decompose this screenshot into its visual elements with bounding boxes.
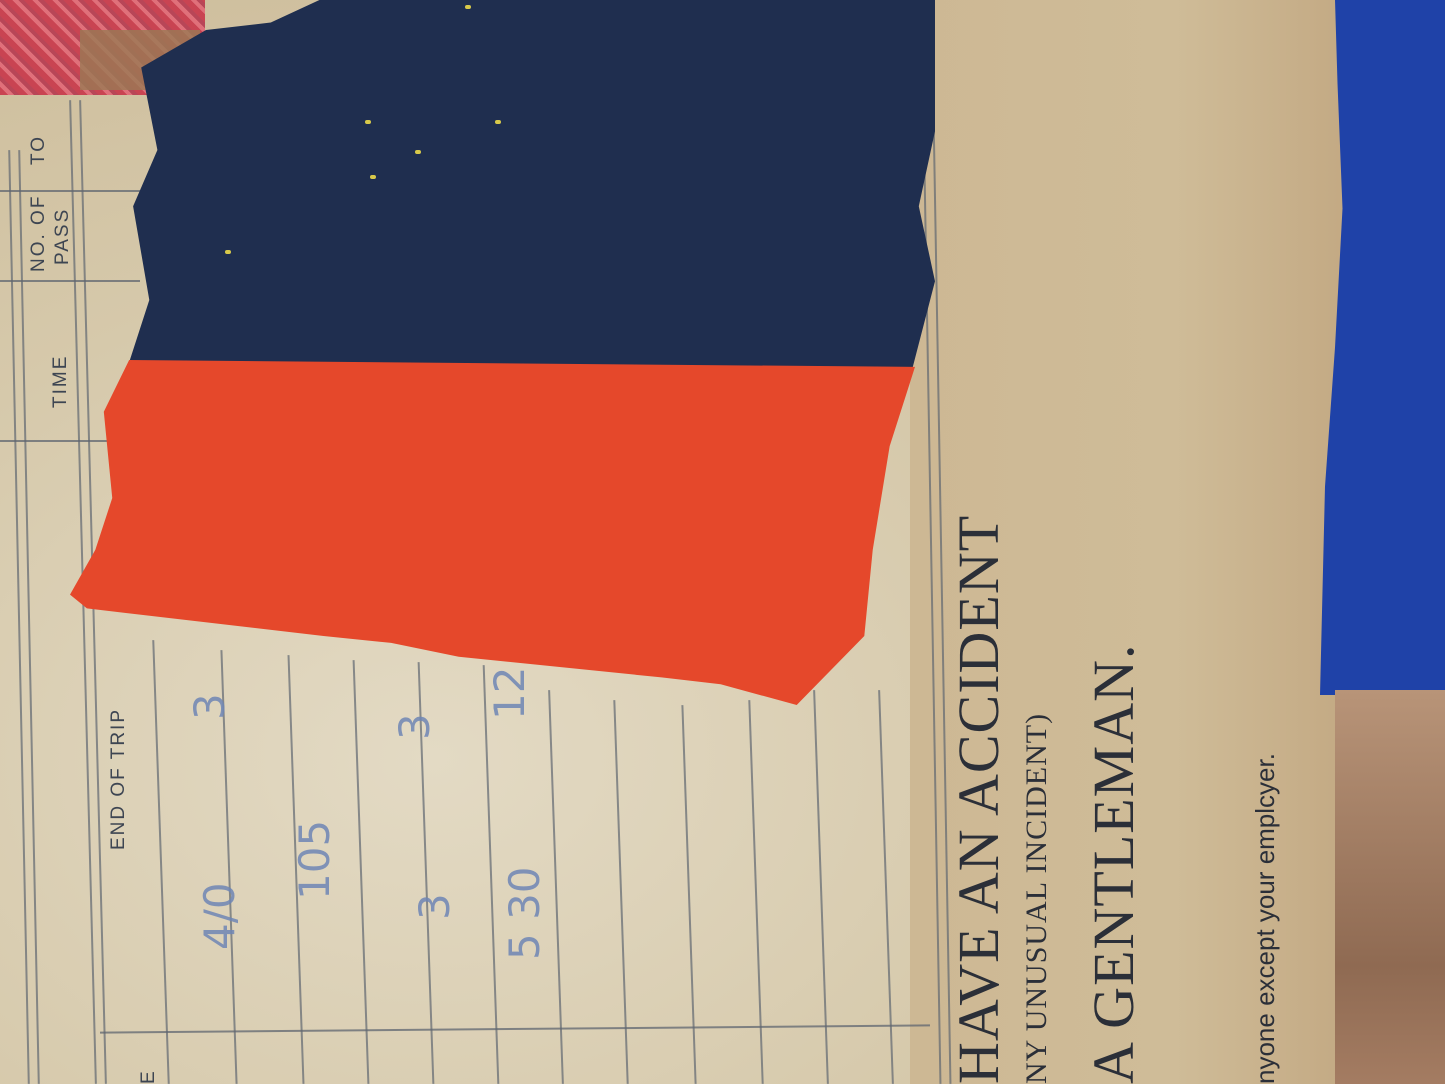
- handwritten-entry: 105: [290, 820, 339, 900]
- handwritten-entry: 4/0: [195, 882, 244, 950]
- handwritten-entry: 3: [185, 693, 234, 720]
- yellow-paint-speck: [225, 250, 231, 254]
- torn-brown-paper: [1335, 690, 1445, 1084]
- header-pass: PASS: [52, 208, 74, 265]
- handwritten-entry: 3: [390, 713, 439, 740]
- handwritten-entry: 5 30: [500, 866, 549, 960]
- notice-line-incident: NY UNUSUAL INCIDENT): [1020, 713, 1054, 1084]
- yellow-paint-speck: [370, 175, 376, 179]
- form-header-divider: [0, 280, 140, 282]
- yellow-paint-speck: [415, 150, 421, 154]
- handwritten-entry: 3: [410, 893, 459, 920]
- header-no-of: NO. OF: [28, 195, 50, 272]
- torn-blue-paper: [1320, 0, 1445, 695]
- yellow-paint-speck: [365, 120, 371, 124]
- notice-line-employer: nyone except your emplcyer.: [1250, 753, 1281, 1084]
- yellow-paint-speck: [495, 120, 501, 124]
- header-date-fragment: E: [138, 1069, 160, 1084]
- handwritten-entry: 12: [485, 667, 534, 720]
- yellow-paint-speck: [465, 5, 471, 9]
- form-header-divider: [0, 190, 140, 192]
- notice-line-gentleman: A GENTLEMAN.: [1080, 643, 1147, 1084]
- header-time: TIME: [50, 355, 72, 408]
- torn-navy-paper: [125, 0, 935, 375]
- header-to: TO: [28, 135, 50, 165]
- header-end-of-trip: END OF TRIP: [108, 708, 130, 850]
- notice-line-accident: HAVE AN ACCIDENT: [945, 515, 1012, 1084]
